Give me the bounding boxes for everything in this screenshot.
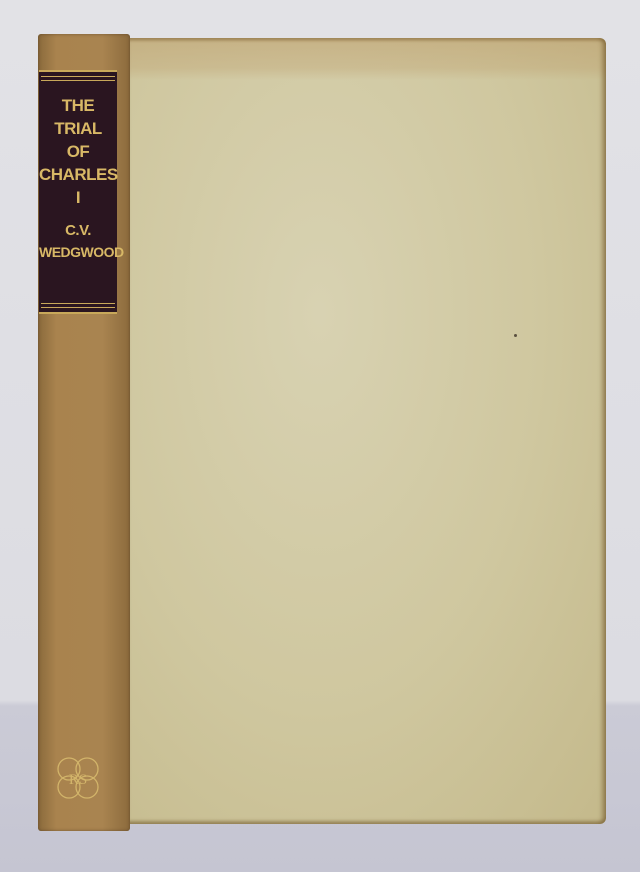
author-line: C.V. (39, 222, 117, 239)
title-line: I (39, 188, 117, 208)
title-line: OF (39, 142, 117, 162)
cover-spot (514, 334, 517, 337)
svg-text:RS: RS (69, 772, 87, 788)
title-line: THE (39, 96, 117, 116)
title-line: TRIAL (39, 119, 117, 139)
author-line: WEDGWOOD (39, 244, 117, 260)
title-line: CHARLES (39, 165, 117, 185)
book-spine: THE TRIAL OF CHARLES I C.V. WEDGWOOD RS (38, 34, 130, 831)
gilt-rule-bottom (41, 303, 115, 308)
book-front-cover (128, 38, 606, 824)
spine-title-label: THE TRIAL OF CHARLES I C.V. WEDGWOOD (39, 70, 117, 314)
publisher-monogram-icon: RS (52, 752, 104, 804)
gilt-rule-top (41, 76, 115, 81)
